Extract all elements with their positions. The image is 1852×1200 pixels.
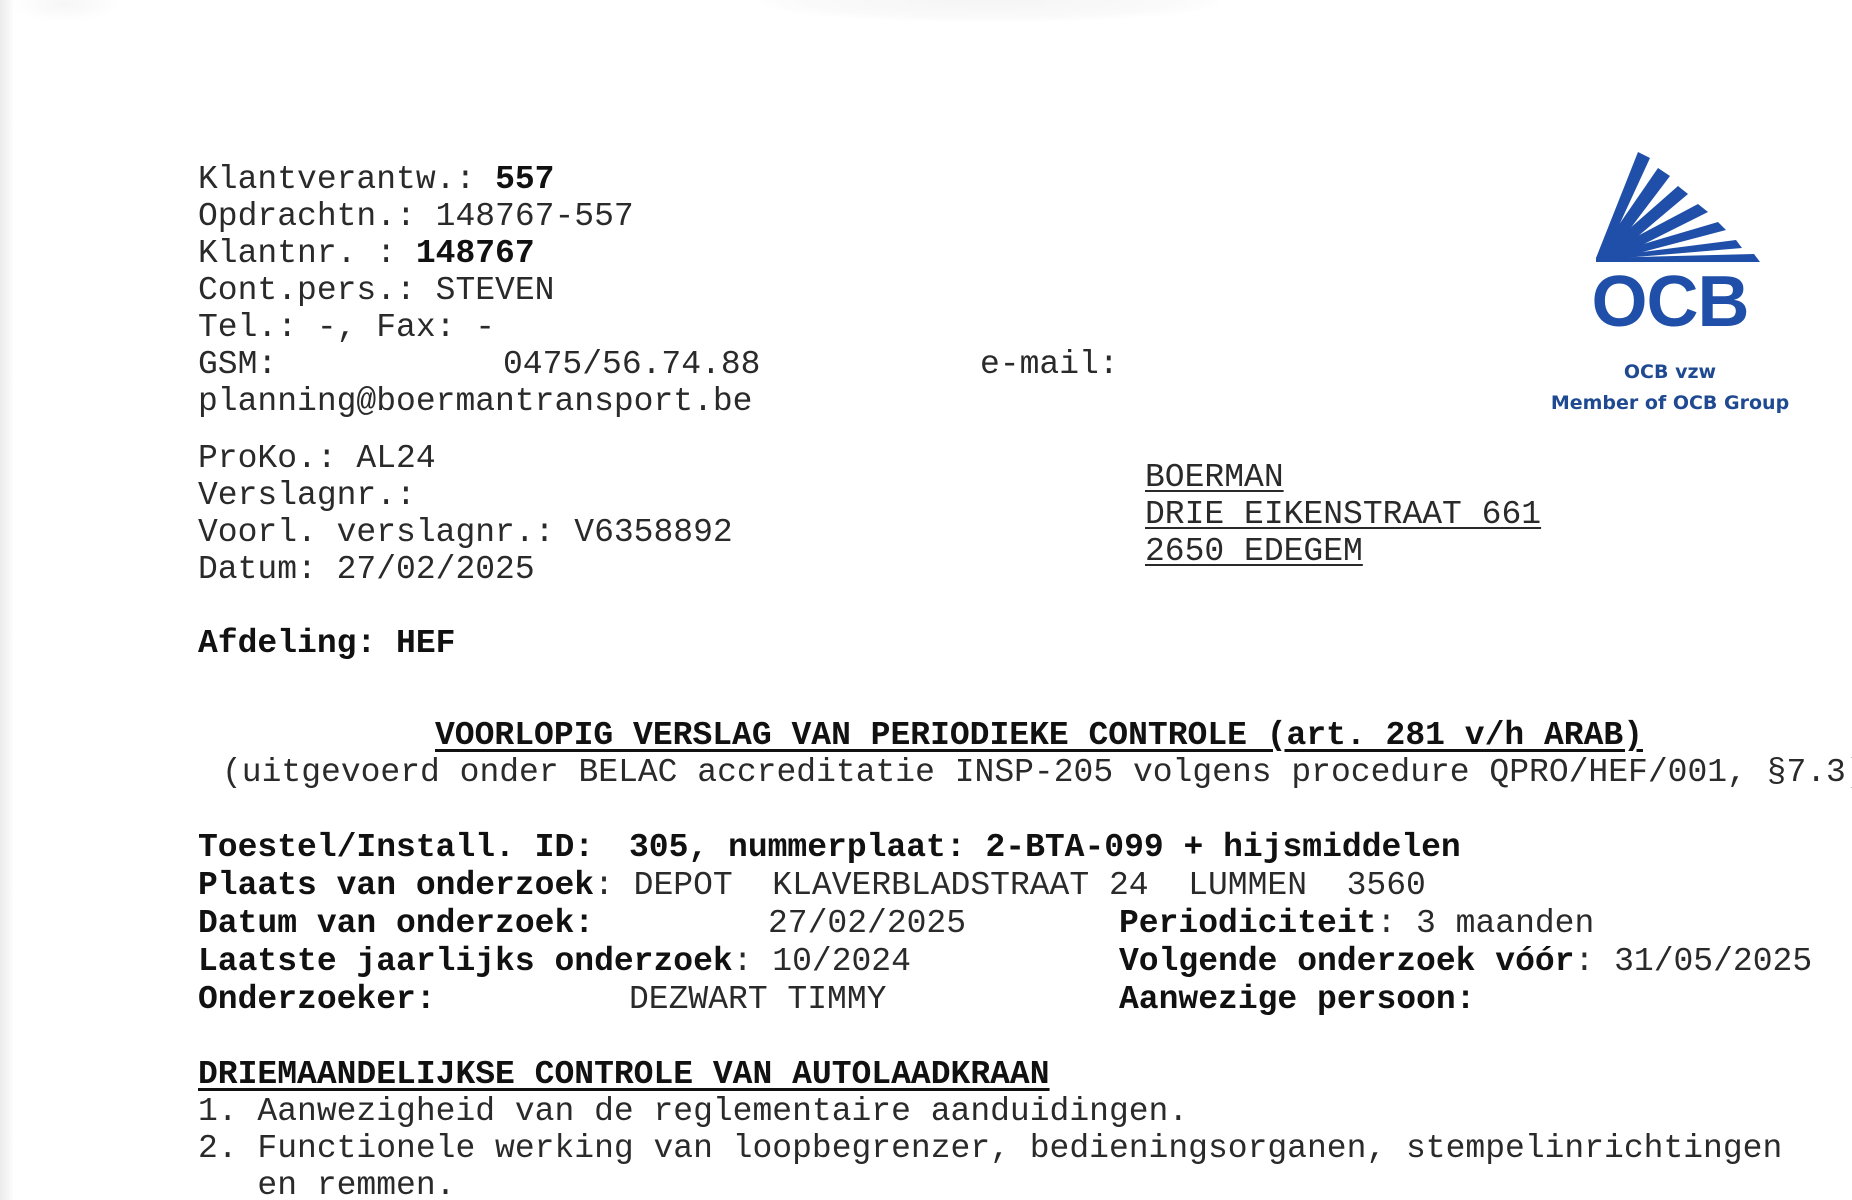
onderzoeker-value: DEZWART TIMMY — [629, 980, 886, 1020]
scan-shadow — [10, 0, 120, 22]
laatste-value: : 10/2024 — [733, 943, 911, 980]
email-value: planning@boermantransport.be — [198, 382, 753, 422]
ocb-tagline: Member of OCB Group — [1500, 391, 1840, 415]
contpers-value: STEVEN — [436, 272, 555, 309]
proko-line: ProKo.: AL24 — [198, 439, 436, 479]
opdrachtn-label: Opdrachtn.: — [198, 198, 436, 235]
klantnr-line: Klantnr. : 148767 — [198, 234, 535, 274]
volgende-label: Volgende onderzoek vóór — [1119, 943, 1574, 980]
ocb-wordmark: OCB — [1572, 272, 1768, 332]
volgende-value: : 31/05/2025 — [1574, 943, 1812, 980]
checklist-item: 2. Functionele werking van loopbegrenzer… — [198, 1129, 1782, 1169]
datum-onderzoek-value: 27/02/2025 — [768, 904, 966, 944]
afdeling: Afdeling: HEF — [198, 624, 455, 664]
email-label: e-mail: — [980, 345, 1119, 385]
onderzoeker-label: Onderzoeker: — [198, 980, 436, 1020]
toestel-label: Toestel/Install. ID: — [198, 828, 594, 868]
plaats-label: Plaats van onderzoek — [198, 867, 594, 904]
volgende-line: Volgende onderzoek vóór: 31/05/2025 — [1119, 942, 1812, 982]
periodiciteit-value: : 3 maanden — [1376, 905, 1594, 942]
klantnr-value: 148767 — [416, 235, 535, 272]
report-subtitle: (uitgevoerd onder BELAC accreditatie INS… — [222, 753, 1852, 793]
datum-line: Datum: 27/02/2025 — [198, 550, 535, 590]
scan-shadow — [760, 0, 1220, 22]
aanwezige-label: Aanwezige persoon: — [1119, 980, 1475, 1020]
verslagnr-line: Verslagnr.: — [198, 476, 416, 516]
checklist-item-continuation: en remmen. — [198, 1166, 455, 1200]
page-edge-shadow — [0, 0, 13, 1200]
address-line-street: DRIE EIKENSTRAAT 661 — [1145, 495, 1541, 535]
voorl-verslagnr-line: Voorl. verslagnr.: V6358892 — [198, 513, 733, 553]
gsm-value: 0475/56.74.88 — [503, 345, 760, 385]
contpers-line: Cont.pers.: STEVEN — [198, 271, 554, 311]
periodiciteit-label: Periodiciteit — [1119, 905, 1376, 942]
laatste-label: Laatste jaarlijks onderzoek — [198, 943, 733, 980]
klantverantw-label: Klantverantw.: — [198, 161, 495, 198]
klantnr-label: Klantnr. : — [198, 235, 416, 272]
toestel-value: 305, nummerplaat: 2-BTA-099 + hijsmiddel… — [629, 828, 1461, 868]
datum-onderzoek-label: Datum van onderzoek: — [198, 904, 594, 944]
gsm-label: GSM: — [198, 345, 277, 385]
address-line-city: 2650 EDEGEM — [1145, 532, 1363, 572]
opdrachtn-line: Opdrachtn.: 148767-557 — [198, 197, 634, 237]
opdrachtn-value: 148767-557 — [436, 198, 634, 235]
plaats-value: : DEPOT KLAVERBLADSTRAAT 24 LUMMEN 3560 — [594, 867, 1426, 904]
ocb-org-name: OCB vzw — [1500, 360, 1840, 384]
section-title: DRIEMAANDELIJKSE CONTROLE VAN AUTOLAADKR… — [198, 1055, 1050, 1095]
laatste-line: Laatste jaarlijks onderzoek: 10/2024 — [198, 942, 911, 982]
klantverantw-line: Klantverantw.: 557 — [198, 160, 554, 200]
tel-fax-line: Tel.: -, Fax: - — [198, 308, 495, 348]
klantverantw-value: 557 — [495, 161, 554, 198]
address-line-name: BOERMAN — [1145, 458, 1284, 498]
plaats-line: Plaats van onderzoek: DEPOT KLAVERBLADST… — [198, 866, 1426, 906]
checklist-item: 1. Aanwezigheid van de reglementaire aan… — [198, 1092, 1188, 1132]
contpers-label: Cont.pers.: — [198, 272, 436, 309]
periodiciteit-line: Periodiciteit: 3 maanden — [1119, 904, 1594, 944]
report-title: VOORLOPIG VERSLAG VAN PERIODIEKE CONTROL… — [435, 716, 1643, 756]
